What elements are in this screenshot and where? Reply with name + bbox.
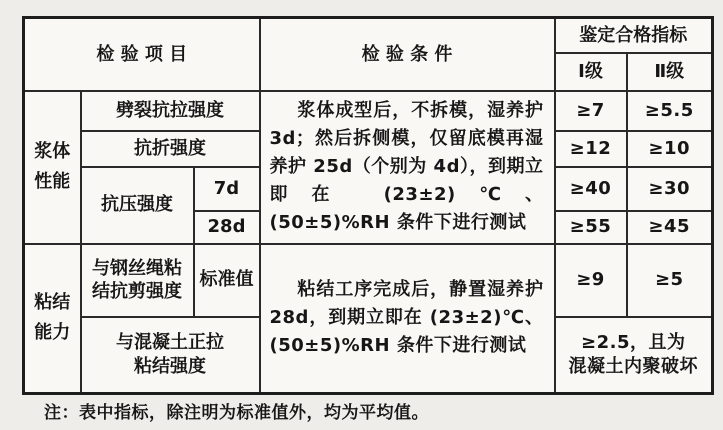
item-concrete-pull-bond-strength: 与混凝土正拉 粘结强度 xyxy=(81,317,260,394)
header-grade-1: Ⅰ级 xyxy=(555,53,627,91)
value-concrete-pull-line1: ≥2.5，且为 xyxy=(558,331,710,354)
item-splitting-tensile-strength: 劈裂抗拉强度 xyxy=(81,91,260,131)
header-test-item: 检 验 项 目 xyxy=(24,18,260,91)
subitem-age-28d: 28d xyxy=(194,211,260,244)
item-wire-rope-shear-line2: 结抗剪强度 xyxy=(84,280,191,303)
value-comp7d-grade2: ≥30 xyxy=(627,167,713,211)
item-compressive-strength: 抗压强度 xyxy=(81,167,194,244)
value-concrete-pull-line2: 混凝土内聚破坏 xyxy=(558,355,710,378)
value-splitting-grade1: ≥7 xyxy=(555,91,627,131)
group-paste-line2: 性能 xyxy=(27,167,78,197)
value-comp7d-grade1: ≥40 xyxy=(555,167,627,211)
value-comp28d-grade1: ≥55 xyxy=(555,211,627,244)
value-splitting-grade2: ≥5.5 xyxy=(627,91,713,131)
group-bond-line2: 能力 xyxy=(27,318,78,348)
header-grade-2: Ⅱ级 xyxy=(627,53,713,91)
group-bond-capacity: 粘结 能力 xyxy=(24,244,81,394)
header-test-condition: 检 验 条 件 xyxy=(260,18,555,91)
table-footnote: 注：表中指标，除注明为标准值外，均为平均值。 xyxy=(44,398,429,423)
item-concrete-pull-line1: 与混凝土正拉 xyxy=(84,331,257,354)
value-comp28d-grade2: ≥45 xyxy=(627,211,713,244)
condition-paste-text: 浆体成型后，不拆模，湿养护 3d；然后拆侧模，仅留底模再湿养护 25d（个别为 … xyxy=(270,97,544,237)
subitem-standard-value: 标准值 xyxy=(194,244,260,317)
condition-paste: 浆体成型后，不拆模，湿养护 3d；然后拆侧模，仅留底模再湿养护 25d（个别为 … xyxy=(260,91,555,244)
inspection-spec-table: 检 验 项 目 检 验 条 件 鉴定合格指标 Ⅰ级 Ⅱ级 浆体 性能 劈裂抗拉强… xyxy=(22,16,714,395)
group-paste-line1: 浆体 xyxy=(27,137,78,167)
header-qualified-index: 鉴定合格指标 xyxy=(555,18,713,53)
condition-bond: 粘结工序完成后，静置湿养护 28d，到期立即在 (23±2)℃、(50±5)%R… xyxy=(260,244,555,394)
item-wire-rope-shear-strength: 与钢丝绳粘 结抗剪强度 xyxy=(81,244,194,317)
condition-bond-text: 粘结工序完成后，静置湿养护 28d，到期立即在 (23±2)℃、(50±5)%R… xyxy=(270,276,544,360)
value-wireshear-grade2: ≥5 xyxy=(627,244,713,317)
group-bond-line1: 粘结 xyxy=(27,288,78,318)
group-paste-performance: 浆体 性能 xyxy=(24,91,81,244)
value-flexural-grade1: ≥12 xyxy=(555,131,627,167)
subitem-age-7d: 7d xyxy=(194,167,260,211)
value-wireshear-grade1: ≥9 xyxy=(555,244,627,317)
value-concrete-pull-both-grades: ≥2.5，且为 混凝土内聚破坏 xyxy=(555,317,713,394)
item-wire-rope-shear-line1: 与钢丝绳粘 xyxy=(84,257,191,280)
value-flexural-grade2: ≥10 xyxy=(627,131,713,167)
item-flexural-strength: 抗折强度 xyxy=(81,131,260,167)
scanned-document-page: 检 验 项 目 检 验 条 件 鉴定合格指标 Ⅰ级 Ⅱ级 浆体 性能 劈裂抗拉强… xyxy=(0,0,723,430)
item-concrete-pull-line2: 粘结强度 xyxy=(84,355,257,378)
